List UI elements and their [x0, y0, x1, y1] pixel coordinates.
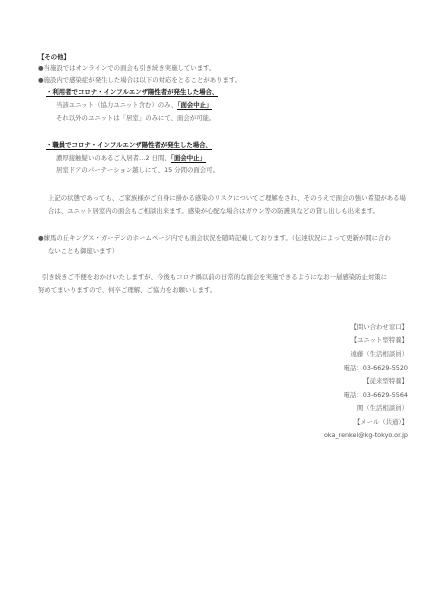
- case-user-line1: 当該ユニット（協力ユニット含む）のみ、「面会中止」: [56, 101, 212, 110]
- document-page: 【その他】 ●当施設ではオンラインでの面会も引き続き実施しています。 ●施設内で…: [0, 0, 445, 596]
- paragraph-risk-line2: 合は、ユニット居室内の面会もご相談出来ます。感染が心配な場合はガウン等の防護具な…: [48, 207, 379, 216]
- bullet-homepage-line1: ●練馬の丘キングス・ガーデンのホームページ内でも面会状況を随時記載しております。…: [38, 234, 391, 243]
- bullet-online-visits: ●当施設ではオンラインでの面会も引き続き実施しています。: [38, 64, 215, 73]
- closing-line2: 努めてまいりますので、何卒ご理解、ご協力をお願いします。: [38, 286, 216, 295]
- case-staff-heading: ・職員でコロナ・インフルエンザ陽性者が発生した場合、: [46, 141, 212, 150]
- contact-unit-phone: 電話：03-6629-5520: [344, 364, 408, 373]
- section-title: 【その他】: [38, 53, 70, 62]
- case-staff-line2: 居室ドアのパーテーション越しにて、15 分間の面会可。: [56, 166, 219, 175]
- closing-line1: 引き続きご不便をおかけいたしますが、今後もコロナ禍以前の日常的な面会を実施できる…: [42, 273, 387, 282]
- contact-email-link[interactable]: oka_renkei@kg-tokyo.or.jp: [324, 431, 408, 440]
- contact-unit-label: 【ユニット型特養】: [351, 336, 408, 345]
- case-user-line2: それ以外のユニットは「居室」のみにて、面会が可能。: [56, 114, 215, 123]
- contact-title: 【問い合わせ窓口】: [350, 323, 408, 332]
- case-user-heading-text: ・利用者でコロナ・インフルエンザ陽性者が発生した場合、: [46, 88, 218, 97]
- contact-conventional-person: 関（生活相談員）: [357, 404, 408, 413]
- case-staff-heading-text: ・職員でコロナ・インフルエンザ陽性者が発生した場合、: [46, 141, 212, 150]
- case-user-heading: ・利用者でコロナ・インフルエンザ陽性者が発生した場合、: [46, 88, 218, 97]
- case-staff-line1: 濃厚接触疑いのあるご入居者…2 日間、「面会中止」: [56, 154, 206, 163]
- visit-suspended-label: 「面会中止」: [177, 101, 212, 110]
- contact-conventional-label: 【従来型特養】: [363, 377, 408, 386]
- bullet-infection-policy: ●施設内で感染症が発生した場合は以下の対応をとることがあります。: [38, 76, 241, 85]
- paragraph-risk-line1: 上記の状態であっても、ご家族様がご自身に掛かる感染のリスクについてご理解をされ、…: [48, 194, 406, 203]
- contact-conventional-phone: 電話：03-6629-5564: [344, 391, 408, 400]
- visit-suspended-label: 「面会中止」: [171, 154, 206, 163]
- bullet-homepage-line2: ないことも御座います）: [48, 247, 118, 256]
- contact-unit-person: 遠藤（生活相談員）: [350, 350, 408, 359]
- contact-email-label: 【メール（共通）】: [354, 418, 408, 427]
- case-staff-line1-text: 濃厚接触疑いのあるご入居者…2 日間、: [56, 154, 171, 162]
- case-user-line1-text: 当該ユニット（協力ユニット含む）のみ、: [56, 101, 177, 109]
